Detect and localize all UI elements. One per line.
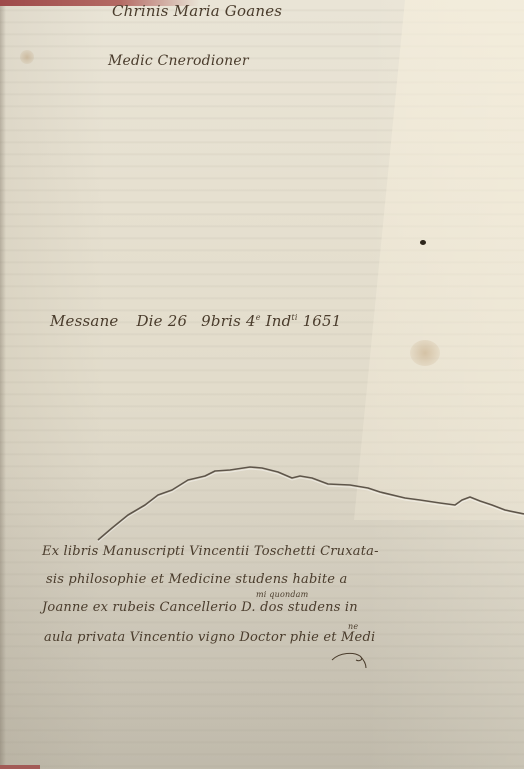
date-indiction-num: 4 bbox=[246, 312, 256, 330]
date-indiction-label: Ind bbox=[266, 312, 292, 330]
foxing-stain bbox=[410, 340, 440, 366]
foxing-stain bbox=[20, 50, 34, 64]
note-line-1: Ex libris Manuscripti Vincentii Toschett… bbox=[42, 544, 379, 559]
binding-shadow bbox=[0, 0, 6, 769]
superscript-quondam: quondam bbox=[269, 590, 308, 599]
date-indiction-label-sup: ti bbox=[291, 313, 297, 322]
note-line-4: aula privata Vincentio vigno Doctor phie… bbox=[44, 630, 375, 645]
date-day-label: Die bbox=[136, 312, 162, 330]
red-edge-stain-bottom bbox=[0, 765, 40, 769]
header-name-line: Chrinis Maria Goanes bbox=[112, 2, 282, 20]
paper-fold-highlight bbox=[354, 0, 524, 520]
paper-texture bbox=[0, 0, 524, 769]
note-line-2: sis philosophie et Medicine studens habi… bbox=[46, 572, 347, 587]
note-line-3: Joanne ex rubeis Cancellerio D. dos stud… bbox=[42, 600, 358, 615]
date-line: Messane Die 26 9bris 4e Indti 1651 bbox=[50, 312, 342, 330]
date-indiction-sup: e bbox=[256, 313, 261, 322]
signature-flourish bbox=[330, 650, 370, 670]
date-year: 1651 bbox=[303, 312, 342, 330]
manuscript-page: Chrinis Maria Goanes Medic Cnerodioner M… bbox=[0, 0, 524, 769]
ink-blot bbox=[420, 240, 426, 245]
date-day: 26 bbox=[168, 312, 188, 330]
paper-tear bbox=[0, 0, 524, 769]
note-line-4-superscript: ne bbox=[348, 622, 358, 631]
note-line-3-text: Joanne ex rubeis Cancellerio D. dos stud… bbox=[42, 600, 358, 615]
date-place: Messane bbox=[50, 312, 119, 330]
note-line-3-superscript: mi quondam bbox=[256, 590, 308, 599]
header-title-line: Medic Cnerodioner bbox=[108, 53, 249, 69]
date-month: 9bris bbox=[201, 312, 241, 330]
superscript-mi: mi bbox=[256, 590, 267, 599]
